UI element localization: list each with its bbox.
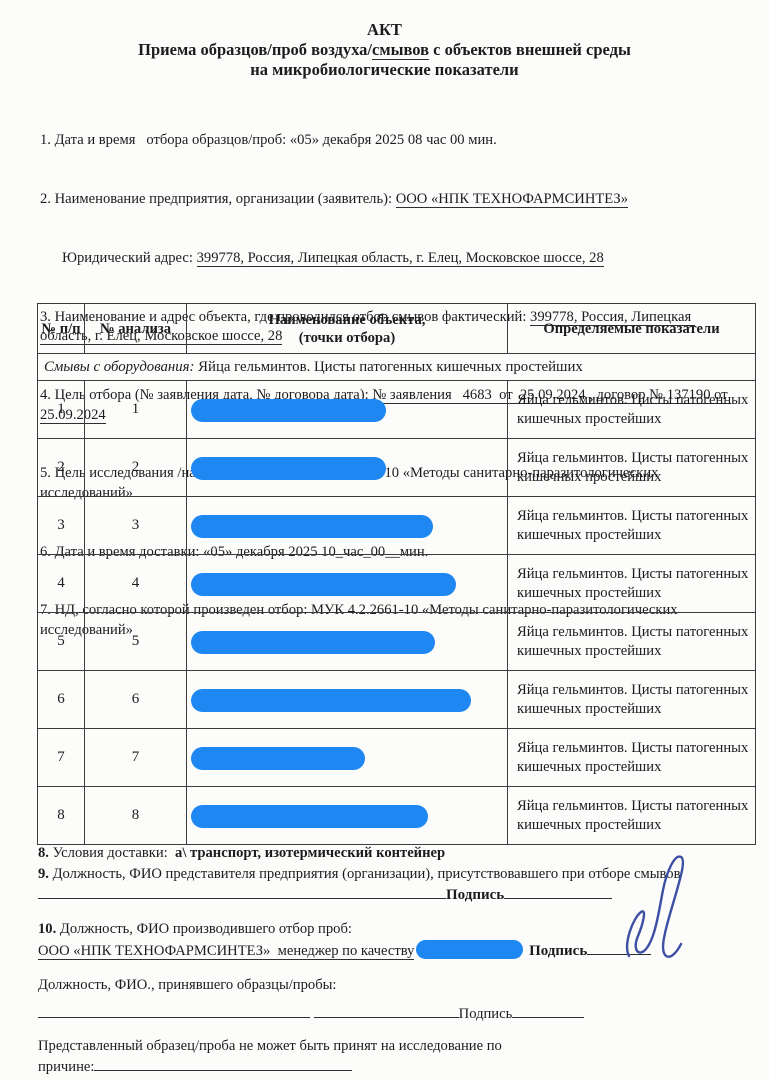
object-name-cell (187, 497, 508, 555)
accepted-by-text: Должность, ФИО., принявшего образцы/проб… (38, 975, 738, 995)
row-number: 8 (38, 787, 85, 845)
table-row: 5 5 Яйца гельминтов. Цисты патогенных ки… (38, 613, 756, 671)
object-name-cell (187, 729, 508, 787)
reject-reason-line2: причине: (38, 1057, 738, 1077)
redaction-bar (416, 940, 523, 959)
analysis-number: 1 (85, 381, 187, 439)
row-number: 5 (38, 613, 85, 671)
accepted-signature-line: Подпись (38, 1004, 738, 1024)
signature-label: Подпись (459, 1006, 513, 1022)
item-2-legal-address: Юридический адрес: 399778, Россия, Липец… (40, 249, 734, 269)
indicators-cell: Яйца гельминтов. Цисты патогенных кишечн… (508, 439, 756, 497)
table-row: 2 2 Яйца гельминтов. Цисты патогенных ки… (38, 439, 756, 497)
legal-address-value: 399778, Россия, Липецкая область, г. Еле… (197, 250, 604, 267)
analysis-number: 4 (85, 555, 187, 613)
redaction-bar (191, 573, 456, 596)
table-header-row: № п/п № анализа Наименование объекта, (т… (38, 304, 756, 354)
indicators-cell: Яйца гельминтов. Цисты патогенных кишечн… (508, 671, 756, 729)
name-blank-line (314, 1004, 459, 1018)
row-number: 3 (38, 497, 85, 555)
delivery-conditions-value: а\ транспорт, изотермический контейнер (175, 845, 445, 861)
object-name-cell (187, 439, 508, 497)
section-title-text: Яйца гельминтов. Цисты патогенных кишечн… (194, 359, 582, 375)
indicators-cell: Яйца гельминтов. Цисты патогенных кишечн… (508, 555, 756, 613)
scanned-act-document: АКТ Приема образцов/проб воздуха/смывов … (0, 0, 769, 1080)
row-number: 2 (38, 439, 85, 497)
analysis-number: 2 (85, 439, 187, 497)
redaction-bar (191, 689, 471, 712)
reason-blank-line (94, 1057, 352, 1071)
table-row: 1 1 Яйца гельминтов. Цисты патогенных ки… (38, 381, 756, 439)
organization-name: ООО «НПК ТЕХНОФАРМСИНТЕЗ» (396, 191, 628, 208)
row-number: 7 (38, 729, 85, 787)
title-line1: АКТ (0, 20, 769, 40)
redaction-bar (191, 747, 365, 770)
item-1-date-sampling: 1. Дата и время отбора образцов/проб: «0… (40, 131, 734, 151)
title-line3: на микробиологические показатели (0, 60, 769, 80)
indicators-cell: Яйца гельминтов. Цисты патогенных кишечн… (508, 613, 756, 671)
indicators-cell: Яйца гельминтов. Цисты патогенных кишечн… (508, 729, 756, 787)
table-row: 6 6 Яйца гельминтов. Цисты патогенных ки… (38, 671, 756, 729)
row-number: 4 (38, 555, 85, 613)
section-title-italic: Смывы с оборудования: (44, 359, 194, 375)
table-section-row: Смывы с оборудования: Яйца гельминтов. Ц… (38, 354, 756, 381)
signature-blank-line (504, 885, 612, 899)
col-header-analysis-num: № анализа (85, 304, 187, 354)
object-name-cell (187, 613, 508, 671)
col-header-indicators: Определяемые показатели (508, 304, 756, 354)
object-name-cell (187, 787, 508, 845)
col-header-object-name: Наименование объекта, (точки отбора) (187, 304, 508, 354)
signature-blank-line (512, 1004, 584, 1018)
item-2-organization: 2. Наименование предприятия, организации… (40, 190, 734, 210)
analysis-number: 3 (85, 497, 187, 555)
indicators-cell: Яйца гельминтов. Цисты патогенных кишечн… (508, 497, 756, 555)
title-line2: Приема образцов/проб воздуха/смывов с об… (0, 40, 769, 60)
analysis-number: 5 (85, 613, 187, 671)
object-name-cell (187, 381, 508, 439)
table-row: 7 7 Яйца гельминтов. Цисты патогенных ки… (38, 729, 756, 787)
redaction-bar (191, 631, 435, 654)
redaction-bar (191, 457, 386, 480)
redaction-bar (191, 399, 386, 422)
redaction-bar (191, 805, 428, 828)
name-blank-line (38, 885, 446, 899)
object-name-cell (187, 671, 508, 729)
document-title: АКТ Приема образцов/проб воздуха/смывов … (0, 20, 769, 80)
name-blank-line (38, 1004, 310, 1018)
table-row: 4 4 Яйца гельминтов. Цисты патогенных ки… (38, 555, 756, 613)
title-underlined-word: смывов (372, 40, 429, 60)
samples-table: № п/п № анализа Наименование объекта, (т… (37, 303, 756, 845)
handwritten-signature (615, 852, 720, 970)
section-title: Смывы с оборудования: Яйца гельминтов. Ц… (38, 354, 756, 381)
indicators-cell: Яйца гельминтов. Цисты патогенных кишечн… (508, 787, 756, 845)
analysis-number: 8 (85, 787, 187, 845)
row-number: 1 (38, 381, 85, 439)
signature-label: Подпись (529, 943, 587, 959)
analysis-number: 7 (85, 729, 187, 787)
analysis-number: 6 (85, 671, 187, 729)
signature-label: Подпись (446, 887, 504, 903)
sampler-org-position: ООО «НПК ТЕХНОФАРМСИНТЕЗ» менеджер по ка… (38, 943, 414, 960)
row-number: 6 (38, 671, 85, 729)
redaction-bar (191, 515, 433, 538)
col-header-num: № п/п (38, 304, 85, 354)
object-name-cell (187, 555, 508, 613)
reject-reason-line1: Представленный образец/проба не может бы… (38, 1036, 738, 1056)
table-row: 8 8 Яйца гельминтов. Цисты патогенных ки… (38, 787, 756, 845)
indicators-cell: Яйца гельминтов. Цисты патогенных кишечн… (508, 381, 756, 439)
table-row: 3 3 Яйца гельминтов. Цисты патогенных ки… (38, 497, 756, 555)
